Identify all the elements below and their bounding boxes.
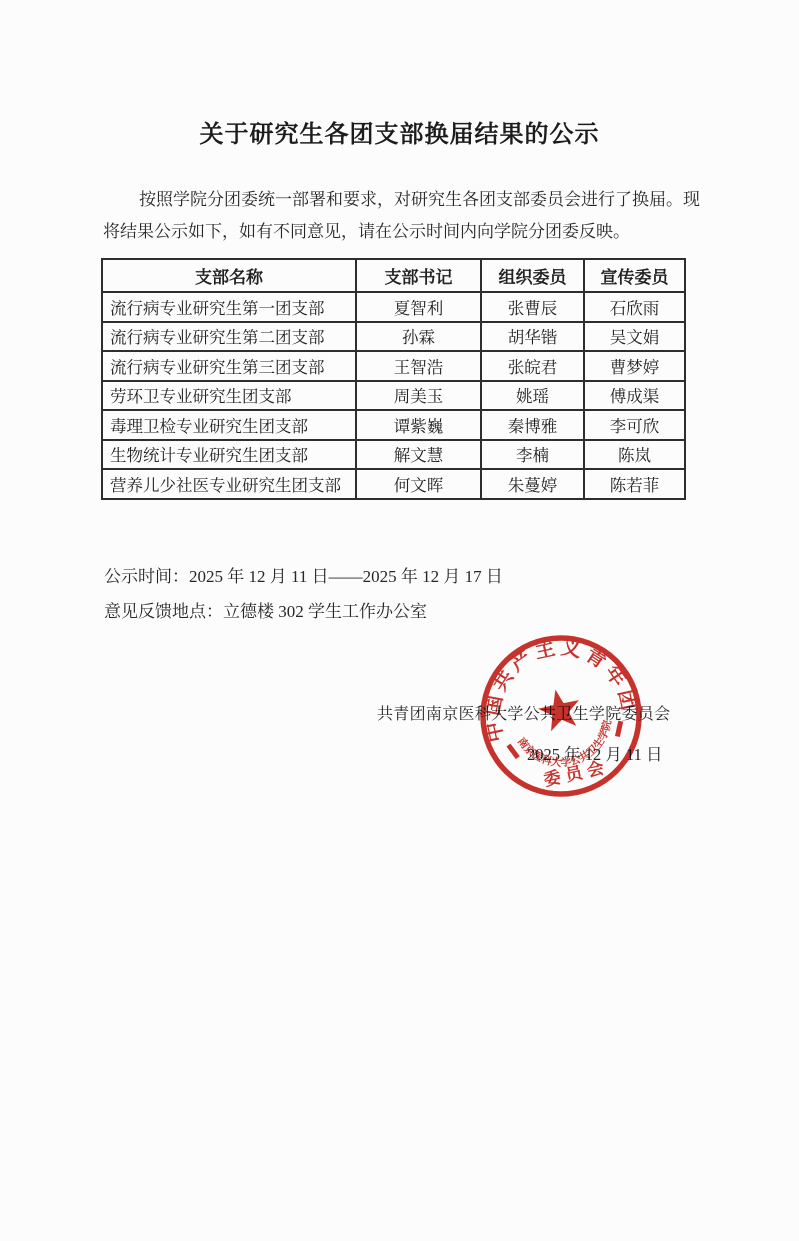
branch-name-cell: 流行病专业研究生第三团支部 (102, 351, 356, 381)
table-row: 流行病专业研究生第一团支部夏智利张曹辰石欣雨 (102, 292, 685, 322)
table-header-cell: 支部书记 (356, 259, 481, 292)
document-page: 关于研究生各团支部换届结果的公示 按照学院分团委统一部署和要求，对研究生各团支部… (0, 0, 799, 1241)
member-name-cell: 解文慧 (356, 440, 481, 470)
member-name-cell: 谭紫巍 (356, 410, 481, 440)
branch-name-cell: 毒理卫检专业研究生团支部 (102, 410, 356, 440)
member-name-cell: 姚瑶 (481, 381, 584, 411)
member-name-cell: 何文晖 (356, 469, 481, 499)
publicity-period-line: 公示时间：2025 年 12 月 11 日——2025 年 12 月 17 日 (104, 559, 503, 594)
member-name-cell: 张皖君 (481, 351, 584, 381)
branch-name-cell: 流行病专业研究生第一团支部 (102, 292, 356, 322)
member-name-cell: 李楠 (481, 440, 584, 470)
table-row: 流行病专业研究生第三团支部王智浩张皖君曹梦婷 (102, 351, 685, 381)
member-name-cell: 曹梦婷 (584, 351, 685, 381)
feedback-location-line: 意见反馈地点：立德楼 302 学生工作办公室 (104, 594, 503, 629)
member-name-cell: 张曹辰 (481, 292, 584, 322)
table-header-row: 支部名称支部书记组织委员宣传委员 (102, 259, 685, 292)
table-row: 生物统计专业研究生团支部解文慧李楠陈岚 (102, 440, 685, 470)
branch-table-container: 支部名称支部书记组织委员宣传委员 流行病专业研究生第一团支部夏智利张曹辰石欣雨流… (101, 258, 686, 500)
member-name-cell: 胡华锴 (481, 322, 584, 352)
document-title: 关于研究生各团支部换届结果的公示 (0, 114, 799, 149)
svg-text:中国共产主义青年团: 中国共产主义青年团 (476, 631, 641, 744)
signature-date: 2025 年 12 月 11 日 (527, 741, 663, 765)
table-row: 流行病专业研究生第二团支部孙霖胡华锴吴文娟 (102, 322, 685, 352)
member-name-cell: 石欣雨 (584, 292, 685, 322)
branch-name-cell: 流行病专业研究生第二团支部 (102, 322, 356, 352)
branch-name-cell: 劳环卫专业研究生团支部 (102, 381, 356, 411)
branch-name-cell: 生物统计专业研究生团支部 (102, 440, 356, 470)
member-name-cell: 孙霖 (356, 322, 481, 352)
member-name-cell: 夏智利 (356, 292, 481, 322)
member-name-cell: 吴文娟 (584, 322, 685, 352)
table-row: 营养儿少社医专业研究生团支部何文晖朱蔓婷陈若菲 (102, 469, 685, 499)
signature-organization: 共青团南京医科大学公共卫生学院委员会 (377, 701, 670, 724)
body-paragraph: 按照学院分团委统一部署和要求，对研究生各团支部委员会进行了换届。现 将结果公示如… (103, 184, 748, 247)
branch-name-cell: 营养儿少社医专业研究生团支部 (102, 469, 356, 499)
member-name-cell: 王智浩 (356, 351, 481, 381)
member-name-cell: 李可欣 (584, 410, 685, 440)
notice-block: 公示时间：2025 年 12 月 11 日——2025 年 12 月 17 日 … (104, 559, 503, 629)
table-row: 毒理卫检专业研究生团支部谭紫巍秦博雅李可欣 (102, 410, 685, 440)
table-header: 支部名称支部书记组织委员宣传委员 (102, 259, 685, 292)
member-name-cell: 周美玉 (356, 381, 481, 411)
member-name-cell: 陈若菲 (584, 469, 685, 499)
member-name-cell: 朱蔓婷 (481, 469, 584, 499)
stamp-top-arc-text: 中国共产主义青年团 (476, 631, 641, 744)
table-header-cell: 宣传委员 (584, 259, 685, 292)
member-name-cell: 秦博雅 (481, 410, 584, 440)
stamp-left-dash (508, 744, 517, 759)
member-name-cell: 傅成渠 (584, 381, 685, 411)
table-row: 劳环卫专业研究生团支部周美玉姚瑶傅成渠 (102, 381, 685, 411)
table-header-cell: 支部名称 (102, 259, 356, 292)
table-header-cell: 组织委员 (481, 259, 584, 292)
table-body: 流行病专业研究生第一团支部夏智利张曹辰石欣雨流行病专业研究生第二团支部孙霖胡华锴… (102, 292, 685, 499)
branch-committee-table: 支部名称支部书记组织委员宣传委员 流行病专业研究生第一团支部夏智利张曹辰石欣雨流… (101, 258, 686, 500)
member-name-cell: 陈岚 (584, 440, 685, 470)
